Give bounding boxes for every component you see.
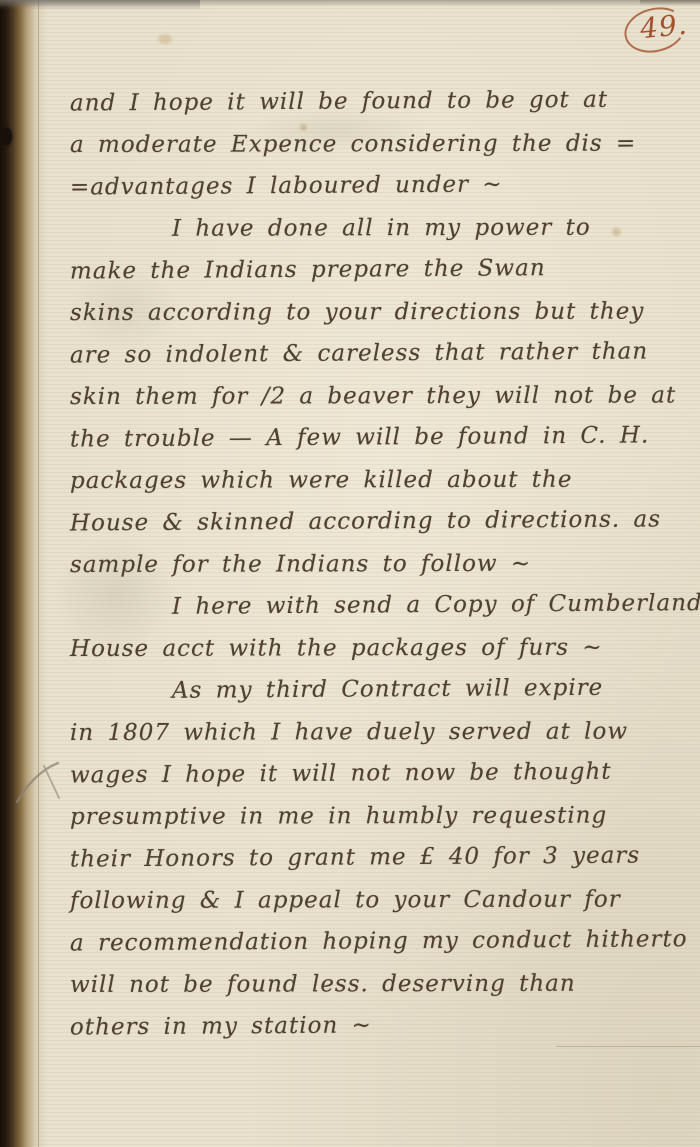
manuscript-line: House & skinned according to directions.… — [70, 498, 692, 544]
page-number-badge: 49. — [624, 8, 686, 52]
manuscript-line: the trouble — A few will be found in C. … — [70, 414, 692, 460]
manuscript-line: I have done all in my power to — [70, 206, 692, 250]
manuscript-line: make the Indians prepare the Swan — [70, 246, 692, 292]
manuscript-line: their Honors to grant me £ 40 for 3 year… — [70, 834, 692, 880]
manuscript-line: are so indolent & careless that rather t… — [70, 330, 692, 376]
binding-edge — [0, 0, 48, 1147]
gutter-crease — [38, 0, 39, 1147]
manuscript-line: a moderate Expence considering the dis = — [70, 122, 692, 166]
manuscript-line: As my third Contract will expire — [70, 666, 692, 712]
manuscript-line: others in my station ~ — [70, 1002, 692, 1048]
pencil-check-mark — [14, 758, 68, 810]
page-number: 49. — [638, 8, 689, 46]
manuscript-line: =advantages I laboured under ~ — [70, 162, 692, 208]
manuscript-line: will not be found less. deserving than — [70, 962, 692, 1006]
manuscript-line: skins according to your directions but t… — [70, 290, 692, 334]
manuscript-line: a recommendation hoping my conduct hithe… — [70, 918, 692, 964]
paper-stain — [158, 34, 172, 44]
manuscript-line: skin them for /2 a beaver they will not … — [70, 374, 692, 418]
page-top-edge-shadow — [0, 0, 200, 10]
manuscript-line: sample for the Indians to follow ~ — [70, 542, 692, 586]
ink-blot — [2, 128, 12, 145]
manuscript-line: wages I hope it will not now be thought — [70, 750, 692, 796]
manuscript-line: and I hope it will be found to be got at — [70, 78, 692, 124]
manuscript-line: following & I appeal to your Candour for — [70, 878, 692, 922]
manuscript-page: 49. and I hope it will be found to be go… — [0, 0, 700, 1147]
manuscript-line: House acct with the packages of furs ~ — [70, 626, 692, 670]
manuscript-line: in 1807 which I have duely served at low — [70, 710, 692, 754]
manuscript-line: I here with send a Copy of Cumberland — [70, 582, 692, 628]
manuscript-line: presumptive in me in humbly requesting — [70, 794, 692, 838]
manuscript-line: packages which were killed about the — [70, 458, 692, 502]
manuscript-text: and I hope it will be found to be got at… — [70, 82, 692, 1048]
page-corner-shadow — [640, 0, 700, 5]
